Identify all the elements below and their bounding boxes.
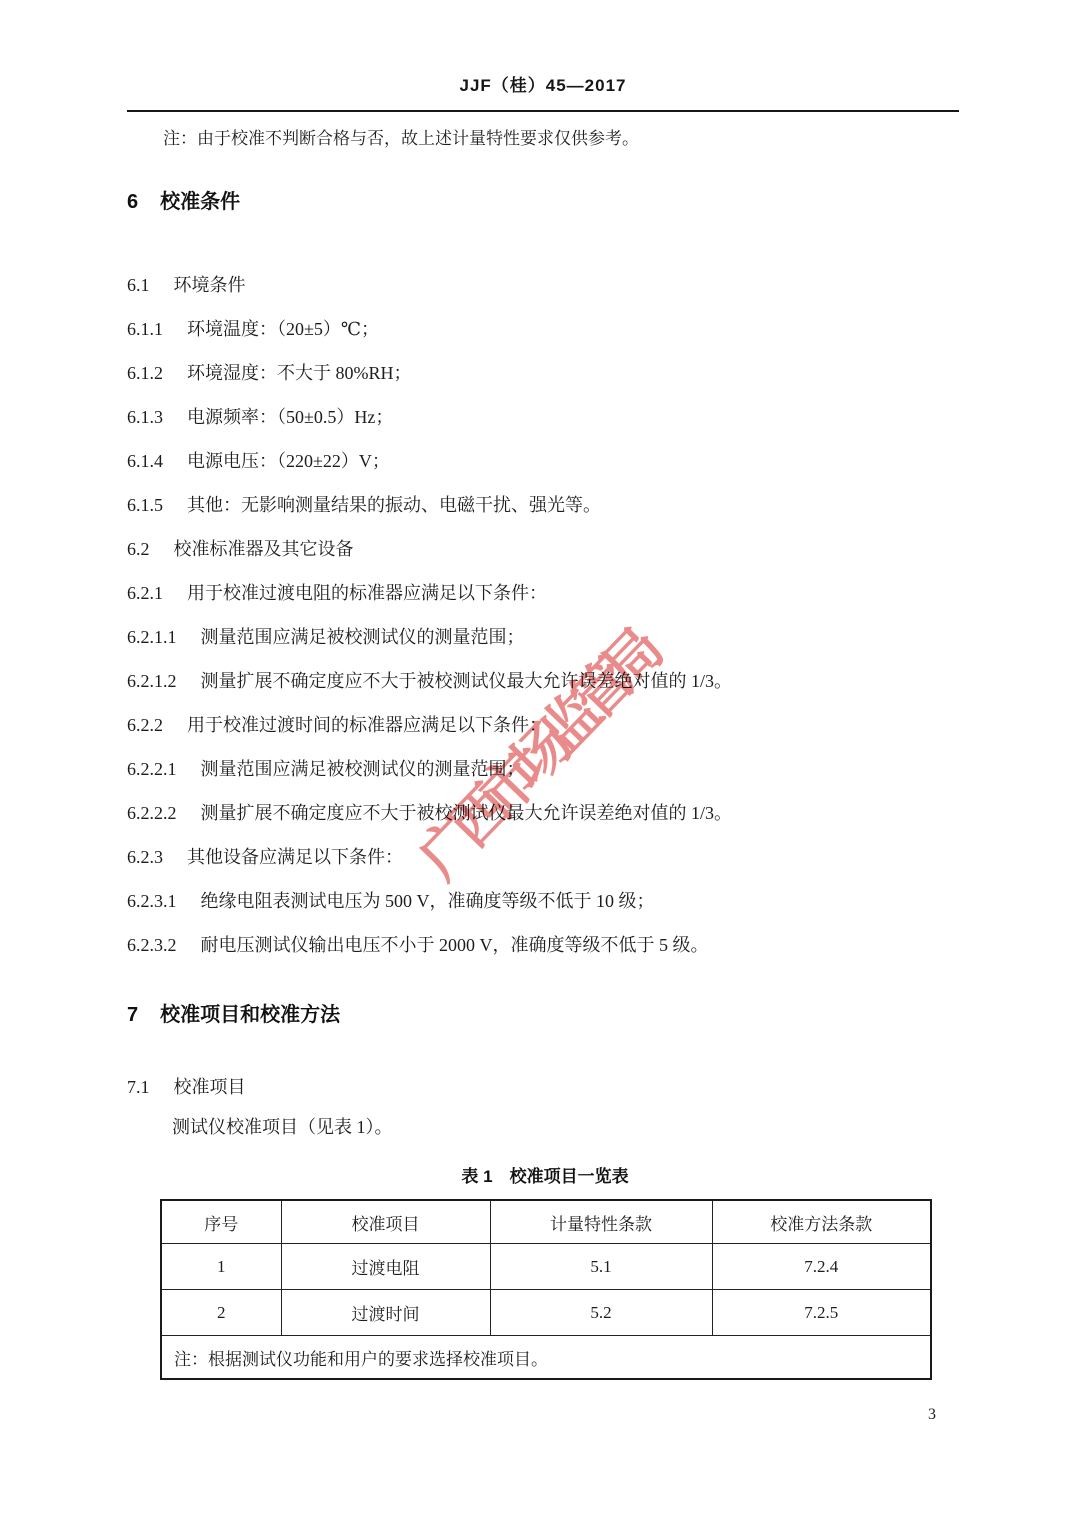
clause-number: 6.2.3: [127, 847, 163, 867]
section-6-title: 校准条件: [160, 191, 240, 213]
clause-text: 绝缘电阻表测试电压为 500 V，准确度等级不低于 10 级；: [201, 891, 655, 911]
cell-item: 过渡时间: [281, 1290, 490, 1336]
clause-text: 校准项目: [174, 1077, 246, 1097]
table-header-row: 序号 校准项目 计量特性条款 校准方法条款: [161, 1200, 931, 1244]
clause-text: 用于校准过渡电阻的标准器应满足以下条件：: [187, 583, 547, 603]
clause-number: 6.2.2.2: [127, 803, 177, 823]
cell-method-clause: 7.2.4: [712, 1244, 931, 1290]
table-1-caption: 表 1 校准项目一览表: [160, 1168, 930, 1186]
page-content: JJF（桂）45—2017 注：由于校准不判断合格与否，故上述计量特性要求仅供参…: [127, 0, 959, 1380]
clause-6-2-1: 6.2.1用于校准过渡电阻的标准器应满足以下条件：: [127, 584, 959, 602]
cell-seq: 2: [161, 1290, 281, 1336]
intro-note: 注：由于校准不判断合格与否，故上述计量特性要求仅供参考。: [163, 129, 959, 148]
clause-6-2-2-1: 6.2.2.1测量范围应满足被校测试仪的测量范围；: [127, 760, 959, 778]
cell-method-clause: 7.2.5: [712, 1290, 931, 1336]
section-6-heading: 6校准条件: [127, 190, 959, 214]
clause-number: 6.2: [127, 539, 150, 559]
clause-text: 环境温度：（20±5）℃；: [187, 319, 379, 339]
clause-number: 6.2.1.1: [127, 627, 177, 647]
clause-text: 环境湿度：不大于 80%RH；: [187, 363, 412, 383]
cell-item: 过渡电阻: [281, 1244, 490, 1290]
header-rule: [127, 110, 959, 112]
clause-text: 电源频率：（50±0.5）Hz；: [187, 407, 393, 427]
clause-6-1-2: 6.1.2环境湿度：不大于 80%RH；: [127, 364, 959, 382]
clause-text: 其他设备应满足以下条件：: [187, 847, 403, 867]
clause-6-2-2-2: 6.2.2.2测量扩展不确定度应不大于被校测试仪最大允许误差绝对值的 1/3。: [127, 804, 959, 822]
clause-text: 环境条件: [174, 275, 246, 295]
page-number: 3: [928, 1406, 936, 1424]
clause-6-1-5: 6.1.5其他：无影响测量结果的振动、电磁干扰、强光等。: [127, 496, 959, 514]
clause-number: 6.1.2: [127, 363, 163, 383]
clause-number: 6.2.3.2: [127, 935, 177, 955]
clause-6-2-2: 6.2.2用于校准过渡时间的标准器应满足以下条件：: [127, 716, 959, 734]
clause-text: 测量扩展不确定度应不大于被校测试仪最大允许误差绝对值的 1/3。: [201, 803, 733, 823]
table-1: 序号 校准项目 计量特性条款 校准方法条款 1 过渡电阻 5.1 7.2.4 2…: [160, 1199, 932, 1380]
clause-text: 校准标准器及其它设备: [174, 539, 354, 559]
clause-6-2-1-1: 6.2.1.1测量范围应满足被校测试仪的测量范围；: [127, 628, 959, 646]
clause-6-1: 6.1环境条件: [127, 276, 959, 294]
clause-6-1-4: 6.1.4电源电压：（220±22）V；: [127, 452, 959, 470]
clause-6-2-3-2: 6.2.3.2耐电压测试仪输出电压不小于 2000 V，准确度等级不低于 5 级…: [127, 936, 959, 954]
table-intro-paragraph: 测试仪校准项目（见表 1）。: [172, 1118, 959, 1136]
section-7-number: 7: [127, 1004, 138, 1026]
cell-metrology-clause: 5.2: [490, 1290, 712, 1336]
clause-6-2-3: 6.2.3其他设备应满足以下条件：: [127, 848, 959, 866]
clause-number: 6.2.2.1: [127, 759, 177, 779]
clause-number: 6.2.3.1: [127, 891, 177, 911]
cell-seq: 1: [161, 1244, 281, 1290]
document-page: JJF（桂）45—2017 注：由于校准不判断合格与否，故上述计量特性要求仅供参…: [0, 0, 1074, 1520]
clause-6-2: 6.2校准标准器及其它设备: [127, 540, 959, 558]
clause-number: 6.1.3: [127, 407, 163, 427]
clause-6-1-1: 6.1.1环境温度：（20±5）℃；: [127, 320, 959, 338]
clause-text: 测量扩展不确定度应不大于被校测试仪最大允许误差绝对值的 1/3。: [201, 671, 733, 691]
col-header-seq: 序号: [161, 1200, 281, 1244]
document-code-header: JJF（桂）45—2017: [127, 0, 959, 96]
clause-text: 测量范围应满足被校测试仪的测量范围；: [201, 759, 525, 779]
clause-number: 6.2.2: [127, 715, 163, 735]
table-note-row: 注：根据测试仪功能和用户的要求选择校准项目。: [161, 1336, 931, 1380]
table-row: 2 过渡时间 5.2 7.2.5: [161, 1290, 931, 1336]
clause-text: 测量范围应满足被校测试仪的测量范围；: [201, 627, 525, 647]
section-7-title: 校准项目和校准方法: [160, 1004, 340, 1026]
table-row: 1 过渡电阻 5.1 7.2.4: [161, 1244, 931, 1290]
section-7-heading: 7校准项目和校准方法: [127, 1003, 959, 1027]
clause-number: 6.1.1: [127, 319, 163, 339]
clause-text: 耐电压测试仪输出电压不小于 2000 V，准确度等级不低于 5 级。: [201, 935, 709, 955]
clause-6-2-3-1: 6.2.3.1绝缘电阻表测试电压为 500 V，准确度等级不低于 10 级；: [127, 892, 959, 910]
clause-text: 电源电压：（220±22）V；: [187, 451, 390, 471]
section-6-number: 6: [127, 191, 138, 213]
clause-6-1-3: 6.1.3电源频率：（50±0.5）Hz；: [127, 408, 959, 426]
col-header-item: 校准项目: [281, 1200, 490, 1244]
clause-number: 6.2.1: [127, 583, 163, 603]
clause-number: 6.1.4: [127, 451, 163, 471]
table-note: 注：根据测试仪功能和用户的要求选择校准项目。: [161, 1336, 931, 1380]
clause-number: 6.1.5: [127, 495, 163, 515]
cell-metrology-clause: 5.1: [490, 1244, 712, 1290]
clause-number: 6.1: [127, 275, 150, 295]
clause-number: 6.2.1.2: [127, 671, 177, 691]
clause-7-1: 7.1校准项目: [127, 1078, 959, 1096]
clause-number: 7.1: [127, 1077, 150, 1097]
clause-6-2-1-2: 6.2.1.2测量扩展不确定度应不大于被校测试仪最大允许误差绝对值的 1/3。: [127, 672, 959, 690]
clause-text: 其他：无影响测量结果的振动、电磁干扰、强光等。: [187, 495, 601, 515]
clause-text: 用于校准过渡时间的标准器应满足以下条件：: [187, 715, 547, 735]
col-header-metrology-clause: 计量特性条款: [490, 1200, 712, 1244]
col-header-method-clause: 校准方法条款: [712, 1200, 931, 1244]
